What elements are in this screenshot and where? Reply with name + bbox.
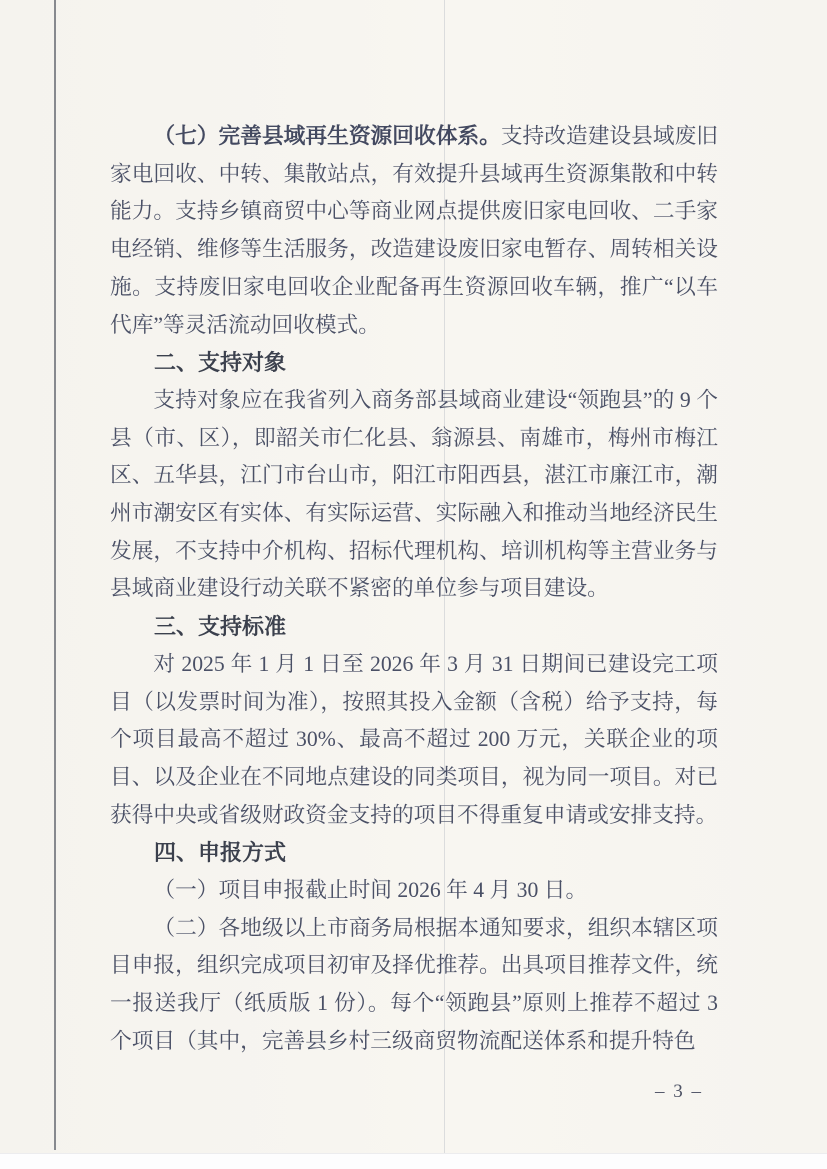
paragraph-lead: （七）完善县域再生资源回收体系。 [153,124,500,148]
body-paragraph: （一）项目申报截止时间 2026 年 4 月 30 日。 [110,872,718,910]
scan-background-strip [0,1153,827,1169]
scan-edge-line [54,0,56,1150]
body-paragraph: （七）完善县域再生资源回收体系。支持改造建设县域废旧家电回收、中转、集散站点，有… [110,118,718,344]
document-body: （七）完善县域再生资源回收体系。支持改造建设县域废旧家电回收、中转、集散站点，有… [110,118,718,1061]
section-heading: 三、支持标准 [110,608,718,646]
scanned-page: （七）完善县域再生资源回收体系。支持改造建设县域废旧家电回收、中转、集散站点，有… [0,0,827,1153]
body-paragraph: 对 2025 年 1 月 1 日至 2026 年 3 月 31 日期间已建设完工… [110,646,718,835]
body-paragraph: 支持对象应在我省列入商务部县域商业建设“领跑县”的 9 个县（市、区），即韶关市… [110,382,718,608]
section-heading: 二、支持对象 [110,344,718,382]
page-number: – 3 – [655,1081,703,1103]
section-heading: 四、申报方式 [110,834,718,872]
body-paragraph: （二）各地级以上市商务局根据本通知要求，组织本辖区项目申报，组织完成项目初审及择… [110,910,718,1061]
